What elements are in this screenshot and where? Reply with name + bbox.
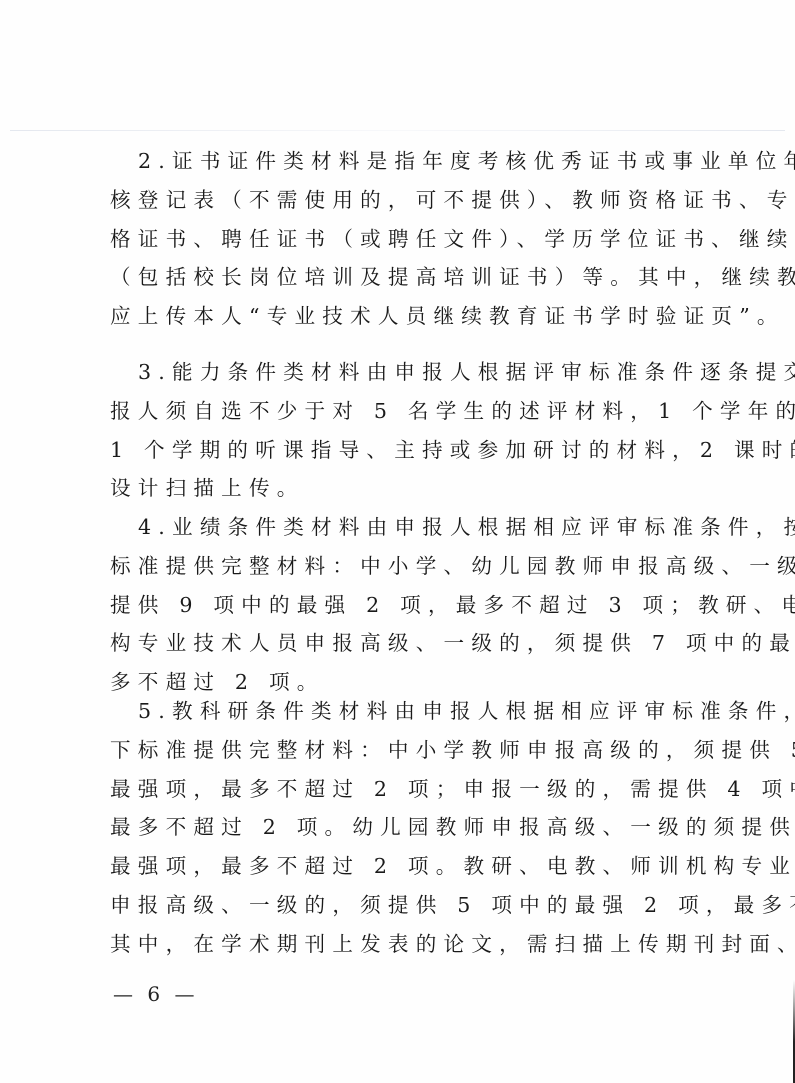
text-line: 格证书、聘任证书（或聘任文件）、学历学位证书、继续教育证书 [110, 220, 698, 259]
text-line: 构专业技术人员申报高级、一级的，须提供 7 项中的最强项，最 [110, 624, 698, 663]
page-number: — 6 — [113, 982, 198, 1006]
text-line: 最强项，最多不超过 2 项。教研、电教、师训机构专业技术人员 [110, 847, 698, 886]
text-line: 其中，在学术期刊上发表的论文，需扫描上传期刊封面、完整目 [110, 925, 698, 964]
text-line: 4.业绩条件类材料由申报人根据相应评审标准条件，按以下 [110, 508, 698, 547]
text-line: 标准提供完整材料：中小学、幼儿园教师申报高级、一级的，须 [110, 547, 698, 586]
text-line: 最强项，最多不超过 2 项；申报一级的，需提供 4 项中的最强项， [110, 770, 698, 809]
text-line: 应上传本人“专业技术人员继续教育证书学时验证页”。 [110, 297, 698, 336]
text-line: 1 个学期的听课指导、主持或参加研讨的材料，2 课时的特色教学 [110, 431, 698, 470]
document-page: 2.证书证件类材料是指年度考核优秀证书或事业单位年度考 核登记表（不需使用的，可… [0, 0, 795, 1083]
scan-artifact-line [10, 130, 785, 131]
text-line: 设计扫描上传。 [110, 469, 698, 508]
text-line: 申报高级、一级的，须提供 5 项中的最强 2 项，最多不超过 3 项。 [110, 886, 698, 925]
text-line: 3.能力条件类材料由申报人根据评审标准条件逐条提交。申 [110, 353, 698, 392]
text-line: 报人须自选不少于对 5 名学生的述评材料，1 个学年的教学计划， [110, 392, 698, 431]
paragraph-5: 5.教科研条件类材料由申报人根据相应评审标准条件，按以 下标准提供完整材料：中小… [110, 692, 698, 964]
paragraph-2: 2.证书证件类材料是指年度考核优秀证书或事业单位年度考 核登记表（不需使用的，可… [110, 142, 698, 336]
text-line: 提供 9 项中的最强 2 项，最多不超过 3 项；教研、电教、师训机 [110, 586, 698, 625]
text-line: 2.证书证件类材料是指年度考核优秀证书或事业单位年度考 [110, 142, 698, 181]
paragraph-3: 3.能力条件类材料由申报人根据评审标准条件逐条提交。申 报人须自选不少于对 5 … [110, 353, 698, 508]
text-line: 5.教科研条件类材料由申报人根据相应评审标准条件，按以 [110, 692, 698, 731]
text-line: 下标准提供完整材料：中小学教师申报高级的，须提供 5 项中的 [110, 731, 698, 770]
text-line: 最多不超过 2 项。幼儿园教师申报高级、一级的须提供 4 项中的 [110, 808, 698, 847]
text-line: （包括校长岗位培训及提高培训证书）等。其中，继续教育情况 [110, 258, 698, 297]
text-line: 核登记表（不需使用的，可不提供）、教师资格证书、专业技术资 [110, 181, 698, 220]
paragraph-4: 4.业绩条件类材料由申报人根据相应评审标准条件，按以下 标准提供完整材料：中小学… [110, 508, 698, 702]
